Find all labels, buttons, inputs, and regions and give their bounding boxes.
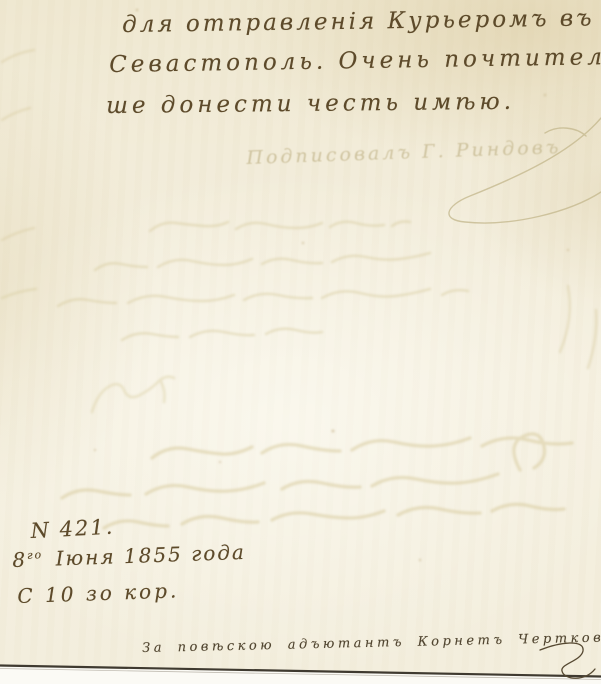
paper-edge	[0, 0, 601, 684]
clerk-flourish	[540, 643, 595, 678]
document-page: для отправленія Курьеромъ въ Гор. Севаст…	[0, 0, 601, 684]
